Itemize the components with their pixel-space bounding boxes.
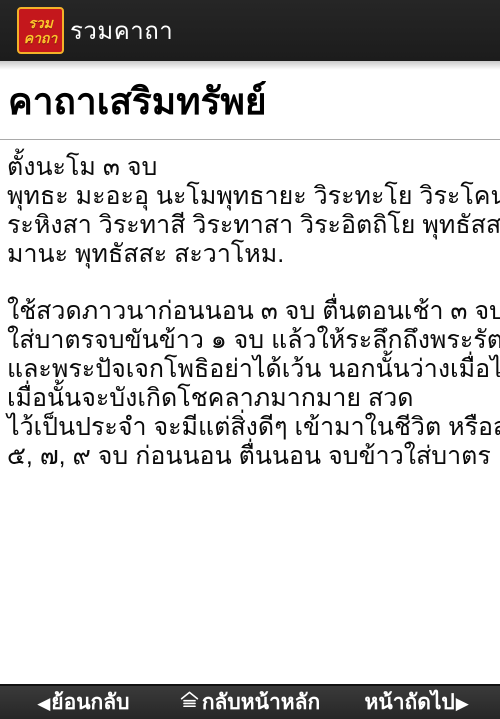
home-icon <box>180 690 199 715</box>
app-logo-icon: รวม คาถา <box>17 7 64 54</box>
back-button[interactable]: ◀ ย้อนกลับ <box>0 686 167 719</box>
back-arrow-icon: ◀ <box>37 695 50 712</box>
app-logo-text-top: รวม <box>28 16 53 31</box>
text-line: เมื่อนั้นจะบังเกิดโชคลาภมากมาย สวด <box>7 384 494 413</box>
text-line: มานะ พุทธัสสะ สะวาโหม. <box>7 240 494 269</box>
page-title: คาถาเสริมทรัพย์ <box>0 61 500 139</box>
instructions-paragraph: ใช้สวดภาวนาก่อนนอน ๓ จบ ตื่นตอนเช้า ๓ จบ… <box>7 297 494 471</box>
back-button-label: ย้อนกลับ <box>51 686 129 719</box>
text-line: ๕, ๗, ๙ จบ ก่อนนอน ตื่นนอน จบข้าวใส่บาตร <box>7 442 494 471</box>
app-header: รวม คาถา รวมคาถา <box>0 0 500 61</box>
text-line: ตั้งนะโม ๓ จบ <box>7 153 494 182</box>
app-title: รวมคาถา <box>70 11 173 50</box>
next-button[interactable]: หน้าถัดไป ▶ <box>333 686 500 719</box>
app-screen: รวม คาถา รวมคาถา คาถาเสริมทรัพย์ ตั้งนะโ… <box>0 0 500 719</box>
content-area: คาถาเสริมทรัพย์ ตั้งนะโม ๓ จบ พุทธะ มะอะ… <box>0 61 500 719</box>
next-arrow-icon: ▶ <box>456 695 469 712</box>
home-button[interactable]: กลับหน้าหลัก <box>167 686 334 719</box>
text-line: ไว้เป็นประจำ จะมีแต่สิ่งดีๆ เข้ามาในชีวิ… <box>7 413 494 442</box>
text-line: ใส่บาตรจบขันข้าว ๑ จบ แล้วให้ระลึกถึงพระ… <box>7 326 494 355</box>
app-logo-text-bottom: คาถา <box>24 31 58 46</box>
text-line: ใช้สวดภาวนาก่อนนอน ๓ จบ ตื่นตอนเช้า ๓ จบ… <box>7 297 494 326</box>
mantra-paragraph: ตั้งนะโม ๓ จบ พุทธะ มะอะอุ นะโมพุทธายะ ว… <box>7 153 494 269</box>
next-button-label: หน้าถัดไป <box>365 686 455 719</box>
home-button-label: กลับหน้าหลัก <box>202 686 320 719</box>
bottom-nav-bar: ◀ ย้อนกลับ กลับหน้าหลัก หน้าถัดไป ▶ <box>0 684 500 719</box>
text-line: พุทธะ มะอะอุ นะโมพุทธายะ วิระทะโย วิระโค… <box>7 182 494 211</box>
mantra-body: ตั้งนะโม ๓ จบ พุทธะ มะอะอุ นะโมพุทธายะ ว… <box>0 140 500 471</box>
text-line: และพระปัจเจกโพธิอย่าได้เว้น นอกนั้นว่างเ… <box>7 355 494 384</box>
text-line: ระหิงสา วิระทาสี วิระทาสา วิระอิตถิโย พุ… <box>7 211 494 240</box>
